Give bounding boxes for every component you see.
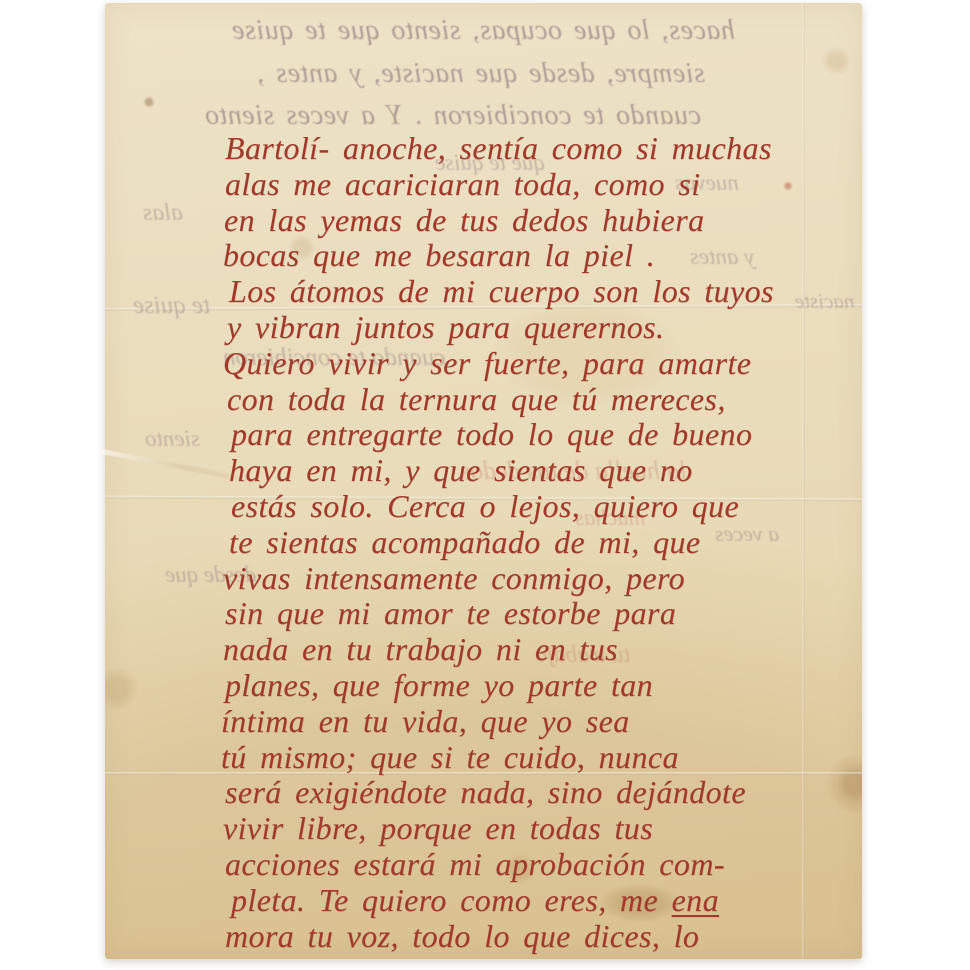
bleedthrough-line: siempre, desde que naciste, y antes ,	[185, 60, 705, 88]
letter-line: en las yemas de tus dedos hubiera	[224, 204, 704, 236]
letter-line: haya en mi, y que sientas que no	[229, 454, 693, 486]
bleedthrough-fragment: y antes	[690, 245, 755, 268]
letter-line: sin que mi amor te estorbe para	[225, 597, 676, 629]
bleedthrough-line: cuando te concibieron . Y a veces siento	[153, 102, 701, 130]
bleedthrough-fragment: te quise	[133, 293, 210, 318]
bleedthrough-fragment: a veces	[715, 523, 779, 545]
letter-line: Quiero vivir y ser fuerte, para amarte	[223, 347, 751, 379]
bleedthrough-fragment: siento	[145, 427, 200, 450]
photo-background: { "page": { "background_color": "#ffffff…	[0, 0, 970, 970]
letter-line: con toda la ternura que tú mereces,	[227, 383, 726, 415]
letter-line: para entregarte todo lo que de bueno	[231, 418, 752, 450]
letter-line: te sientas acompañado de mi, que	[229, 526, 701, 558]
letter-line: íntima en tu vida, que yo sea	[221, 705, 630, 737]
letter-line: planes, que forme yo parte tan	[225, 669, 653, 701]
bleedthrough-fragment: alas	[143, 201, 183, 225]
bleedthrough-line: haces, lo que ocupas, siento que te quis…	[160, 17, 735, 45]
letter-line: nada en tu trabajo ni en tus	[223, 633, 618, 665]
letter-line: alas me acariciaran toda, como si	[225, 168, 701, 200]
letter-page: haces, lo que ocupas, siento que te quis…	[105, 3, 862, 959]
letter-line: y vibran juntos para querernos.	[227, 311, 664, 343]
letter-line: bocas que me besaran la piel .	[223, 239, 655, 271]
underlined-word: ena	[672, 882, 719, 918]
letter-line: mora tu voz, todo lo que dices, lo	[225, 920, 699, 952]
letter-line: estás solo. Cerca o lejos, quiero que	[231, 490, 739, 522]
letter-line: será exigiéndote nada, sino dejándote	[225, 776, 746, 808]
letter-line: pleta. Te quiero como eres, me ena	[231, 884, 719, 916]
bleedthrough-fragment: naciste	[795, 291, 854, 312]
letter-line: vivir libre, porque en todas tus	[223, 812, 653, 844]
letter-line: acciones estará mi aprobación com-	[225, 848, 725, 880]
letter-line: Los átomos de mi cuerpo son los tuyos	[229, 275, 774, 307]
letter-line: tú mismo; que si te cuido, nunca	[221, 741, 679, 773]
fold-crease-vertical	[802, 3, 805, 959]
letter-line: vivas intensamente conmigo, pero	[223, 562, 685, 594]
letter-line: Bartolí- anoche, sentía como si muchas	[225, 132, 772, 164]
